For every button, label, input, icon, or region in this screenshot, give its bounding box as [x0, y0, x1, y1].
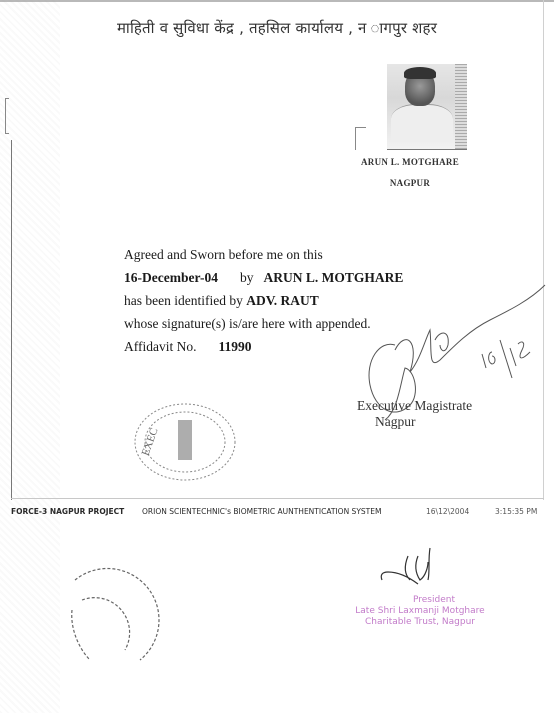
- biometric-footer: FORCE-3 NAGPUR PROJECT ORION SCIENTECHNI…: [0, 507, 554, 519]
- deponent-photo: [387, 64, 467, 150]
- magistrate-city: Nagpur: [357, 414, 472, 430]
- seal-text: EXEC: [140, 426, 161, 457]
- affidavit-date: 16-December-04: [124, 270, 218, 285]
- trust-name: Late Shri Laxmanji Motghare: [330, 606, 510, 617]
- affidavit-number: 11990: [219, 339, 252, 354]
- footer-date: 16\12\2004: [426, 507, 469, 516]
- signature-date-16-12: [482, 340, 530, 378]
- photo-city: NAGPUR: [340, 178, 480, 188]
- left-border: [11, 140, 12, 500]
- identified-line: has been identified by ADV. RAUT: [124, 289, 403, 312]
- bracket-mark: [5, 98, 9, 134]
- president-signature: [381, 548, 430, 584]
- affidavit-body: Agreed and Sworn before me on this 16-De…: [124, 243, 403, 358]
- scan-noise: [0, 0, 60, 713]
- magistrate-seal: [135, 404, 235, 480]
- sworn-line: Agreed and Sworn before me on this: [124, 243, 403, 266]
- date-line: 16-December-04byARUN L. MOTGHARE: [124, 266, 403, 289]
- emblem: [178, 420, 192, 460]
- identified-label: has been identified by: [124, 293, 243, 308]
- affidavit-label: Affidavit No.: [124, 339, 197, 354]
- photo-name: ARUN L. MOTGHARE: [340, 157, 480, 167]
- signature-line: whose signature(s) is/are here with appe…: [124, 312, 403, 335]
- identifier-name: ADV. RAUT: [246, 293, 319, 308]
- office-header: माहिती व सुविधा केंद्र , तहसिल कार्यालय …: [0, 18, 554, 38]
- magistrate-block: Executive Magistrate Nagpur: [357, 398, 472, 430]
- affidavit-number-line: Affidavit No.11990: [124, 335, 403, 358]
- trust-stamp: President Late Shri Laxmanji Motghare Ch…: [330, 595, 510, 628]
- trust-city: Charitable Trust, Nagpur: [330, 617, 510, 628]
- magistrate-title: Executive Magistrate: [357, 398, 472, 414]
- lower-seal: [72, 568, 159, 660]
- trust-role: President: [330, 595, 510, 606]
- right-border: [543, 0, 544, 500]
- footer-project: FORCE-3 NAGPUR PROJECT: [11, 507, 124, 516]
- top-border: [0, 0, 554, 2]
- footer-system: ORION SCIENTECHNIC's BIOMETRIC AUNTHENTI…: [142, 507, 381, 516]
- by-label: by: [240, 270, 254, 285]
- deponent-name: ARUN L. MOTGHARE: [263, 270, 403, 285]
- frame-bottom-border: [11, 498, 544, 499]
- footer-time: 3:15:35 PM: [495, 507, 537, 516]
- photo-corner-mark: [355, 127, 366, 150]
